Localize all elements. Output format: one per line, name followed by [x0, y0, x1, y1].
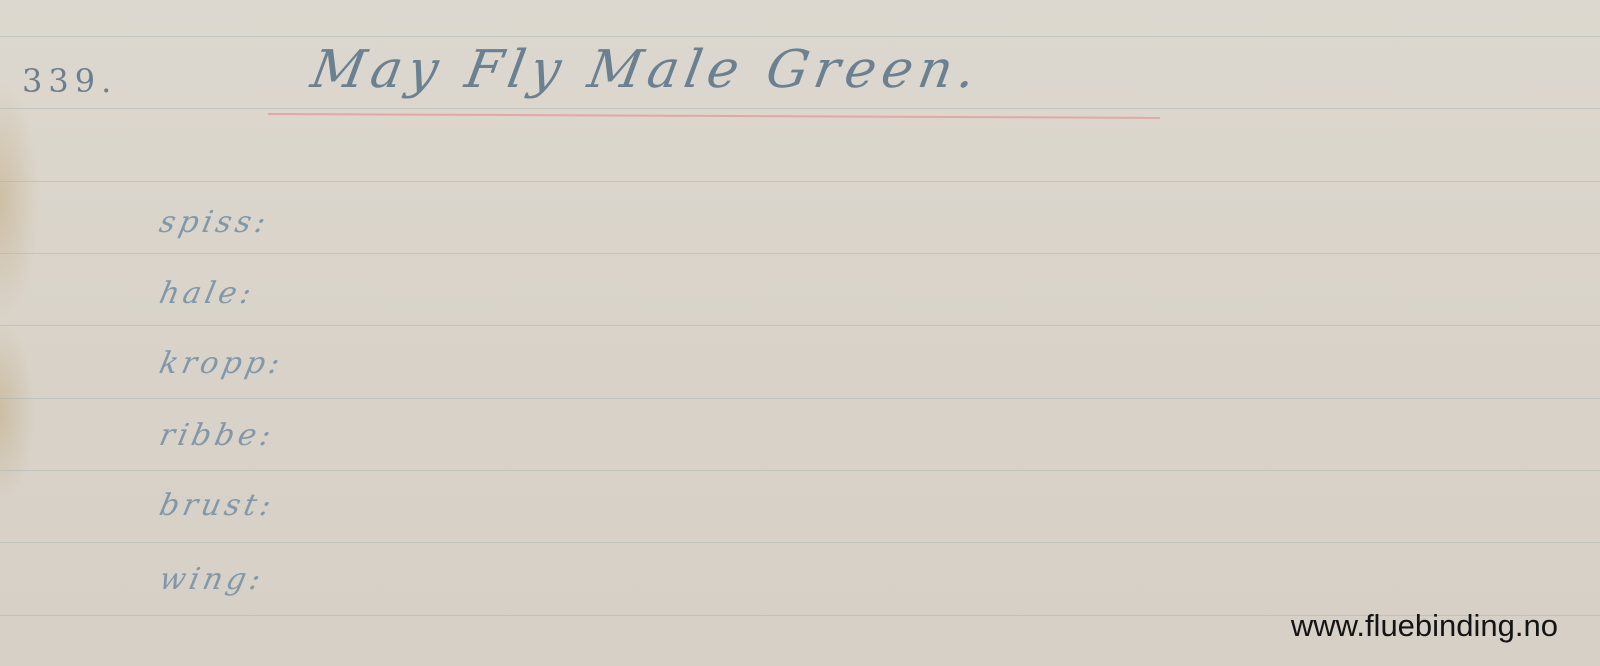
- ruled-line: [0, 542, 1600, 543]
- ruled-line: [0, 325, 1600, 326]
- field-label-spiss: spiss:: [156, 205, 273, 240]
- field-label-ribbe: ribbe:: [156, 418, 278, 453]
- entry-title: May Fly Male Green.: [307, 40, 987, 100]
- ruled-line: [0, 470, 1600, 471]
- watermark-url: www.fluebinding.no: [1291, 608, 1558, 644]
- ruled-line: [0, 36, 1600, 37]
- ruled-line: [0, 181, 1600, 182]
- field-label-kropp: kropp:: [156, 346, 287, 381]
- title-underline: [268, 113, 1160, 119]
- entry-number: 339.: [22, 62, 117, 100]
- ruled-line: [0, 398, 1600, 399]
- notebook-page: 339. May Fly Male Green. spiss: hale: kr…: [0, 0, 1600, 666]
- ruled-line: [0, 253, 1600, 254]
- field-label-wing: wing:: [156, 562, 267, 597]
- field-label-brust: brust:: [156, 488, 278, 523]
- field-label-hale: hale:: [156, 276, 258, 311]
- ruled-line: [0, 108, 1600, 109]
